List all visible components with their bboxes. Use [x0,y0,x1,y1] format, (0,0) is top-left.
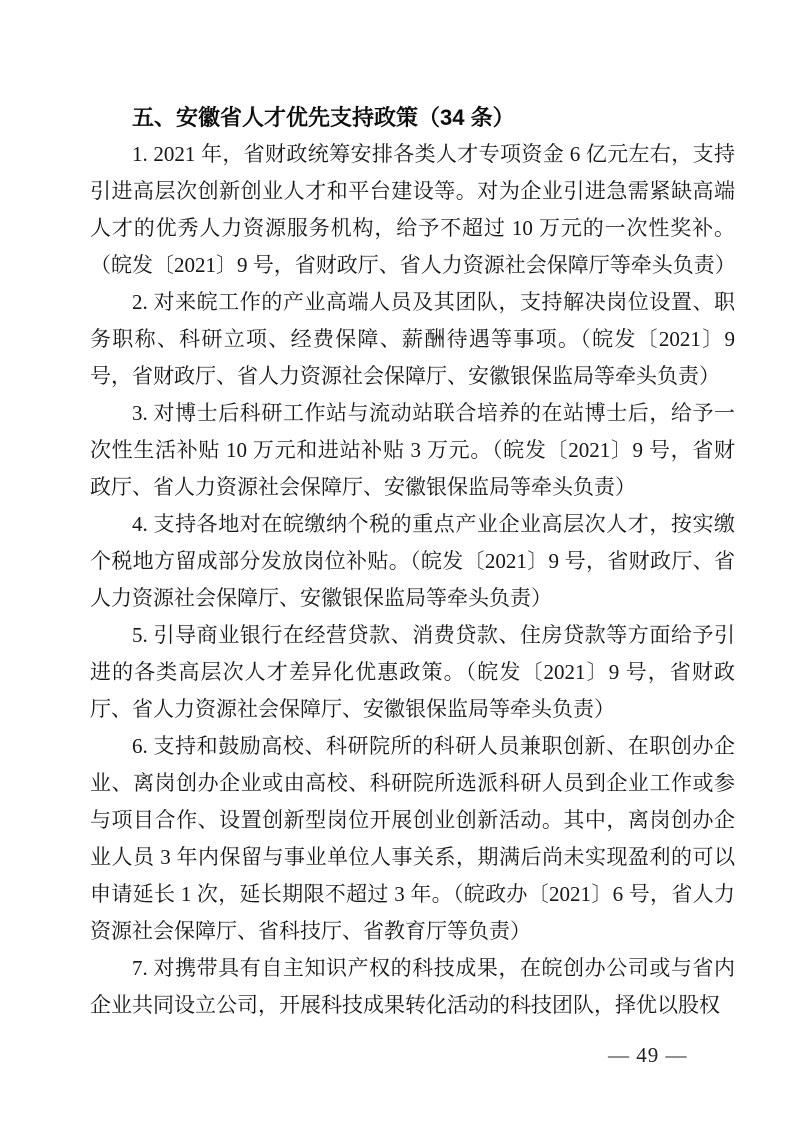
policy-paragraph-7: 7. 对携带具有自主知识产权的科技成果，在皖创办公司或与省内企业共同设立公司，开… [90,950,735,1024]
policy-paragraph-6: 6. 支持和鼓励高校、科研院所的科研人员兼职创新、在职创办企业、离岗创办企业或由… [90,728,735,950]
policy-paragraph-4: 4. 支持各地对在皖缴纳个税的重点产业企业高层次人才，按实缴个税地方留成部分发放… [90,506,735,617]
section-heading: 五、安徽省人才优先支持政策（34 条） [90,99,735,136]
policy-paragraph-2: 2. 对来皖工作的产业高端人员及其团队，支持解决岗位设置、职务职称、科研立项、经… [90,284,735,395]
page-number: — 49 — [608,1042,688,1068]
document-page: 五、安徽省人才优先支持政策（34 条） 1. 2021 年，省财政统筹安排各类人… [0,0,793,1122]
policy-paragraph-5: 5. 引导商业银行在经营贷款、消费贷款、住房贷款等方面给予引进的各类高层次人才差… [90,617,735,728]
document-body: 五、安徽省人才优先支持政策（34 条） 1. 2021 年，省财政统筹安排各类人… [90,99,735,1024]
policy-paragraph-3: 3. 对博士后科研工作站与流动站联合培养的在站博士后，给予一次性生活补贴 10 … [90,395,735,506]
policy-paragraph-1: 1. 2021 年，省财政统筹安排各类人才专项资金 6 亿元左右，支持引进高层次… [90,136,735,284]
